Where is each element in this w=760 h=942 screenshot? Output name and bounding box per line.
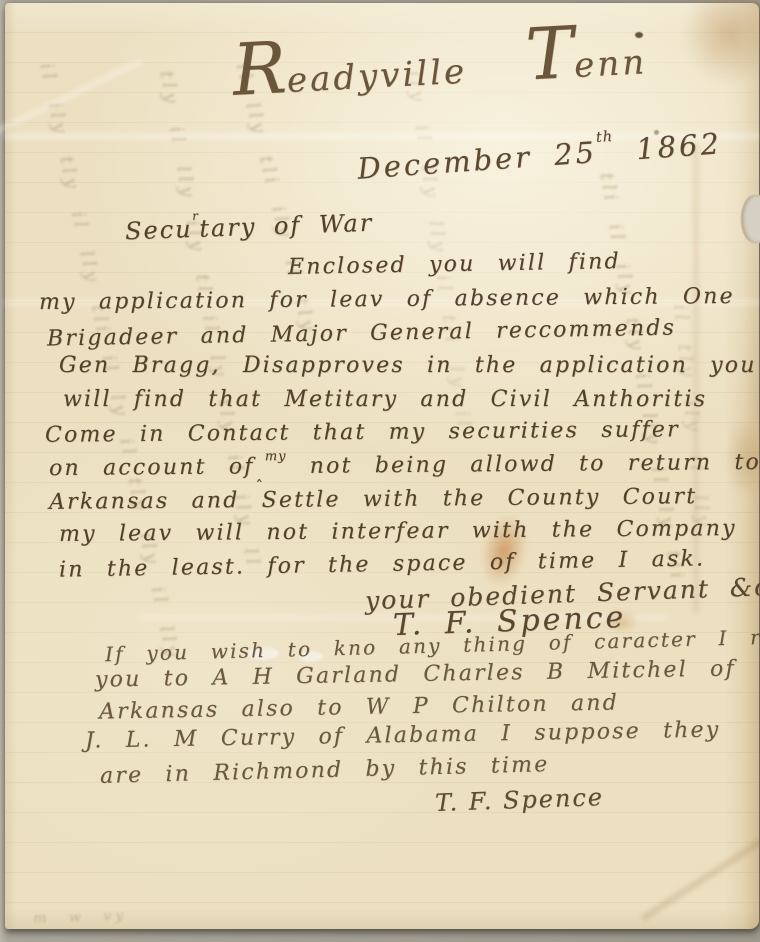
body-line: Enclosed you will find bbox=[288, 249, 621, 280]
body-line: my leav will not interfear with the Comp… bbox=[59, 516, 737, 547]
salutation: Securtary of War bbox=[125, 209, 374, 246]
postscript-line: Arkansas also to W P Chilton and bbox=[99, 690, 619, 724]
body-line: Arkansas and Settle with the County Cour… bbox=[49, 484, 697, 515]
salutation-insert: r bbox=[192, 209, 199, 223]
paper-tear bbox=[741, 195, 760, 243]
body-line: Come in Contact that my securities suffe… bbox=[45, 417, 680, 448]
letter-page: il ily tly il lly tli il ly il tly ily i… bbox=[5, 3, 759, 929]
body-text: not being allowd to return to bbox=[310, 450, 760, 479]
state-word: Tenn bbox=[526, 42, 648, 88]
body-text: on account of bbox=[49, 454, 255, 481]
fold-crease bbox=[693, 143, 699, 613]
fold-crease bbox=[641, 796, 760, 922]
date-year: 1862 bbox=[635, 126, 723, 166]
inserted-word: my bbox=[265, 449, 287, 464]
signature-secondary: T. F. Spence bbox=[435, 783, 605, 817]
salutation-text: tary of War bbox=[199, 209, 374, 243]
heading-place-line: Readyville Tenn bbox=[232, 42, 648, 104]
stain bbox=[682, 0, 760, 86]
fold-crease bbox=[0, 58, 143, 138]
scan-background: { "letter": { "place_line": {"word1": "R… bbox=[0, 0, 760, 942]
date-text: December 25 bbox=[356, 135, 598, 186]
salutation-text: Secu bbox=[125, 215, 193, 245]
date-superscript: th bbox=[595, 129, 613, 146]
ghost-writing: m w vy bbox=[33, 908, 127, 927]
place-word: Readyville bbox=[232, 52, 468, 104]
insert-caret: ‸ bbox=[257, 464, 264, 482]
ink-dot bbox=[635, 32, 643, 38]
body-line: will find that Metitary and Civil Anthor… bbox=[63, 387, 707, 412]
postscript-line: are in Richmond by this time bbox=[100, 752, 550, 789]
body-line: Gen Bragg, Disapproves in the applicatio… bbox=[59, 353, 757, 378]
body-line: Brigadeer and Major General reccommends bbox=[47, 316, 676, 352]
